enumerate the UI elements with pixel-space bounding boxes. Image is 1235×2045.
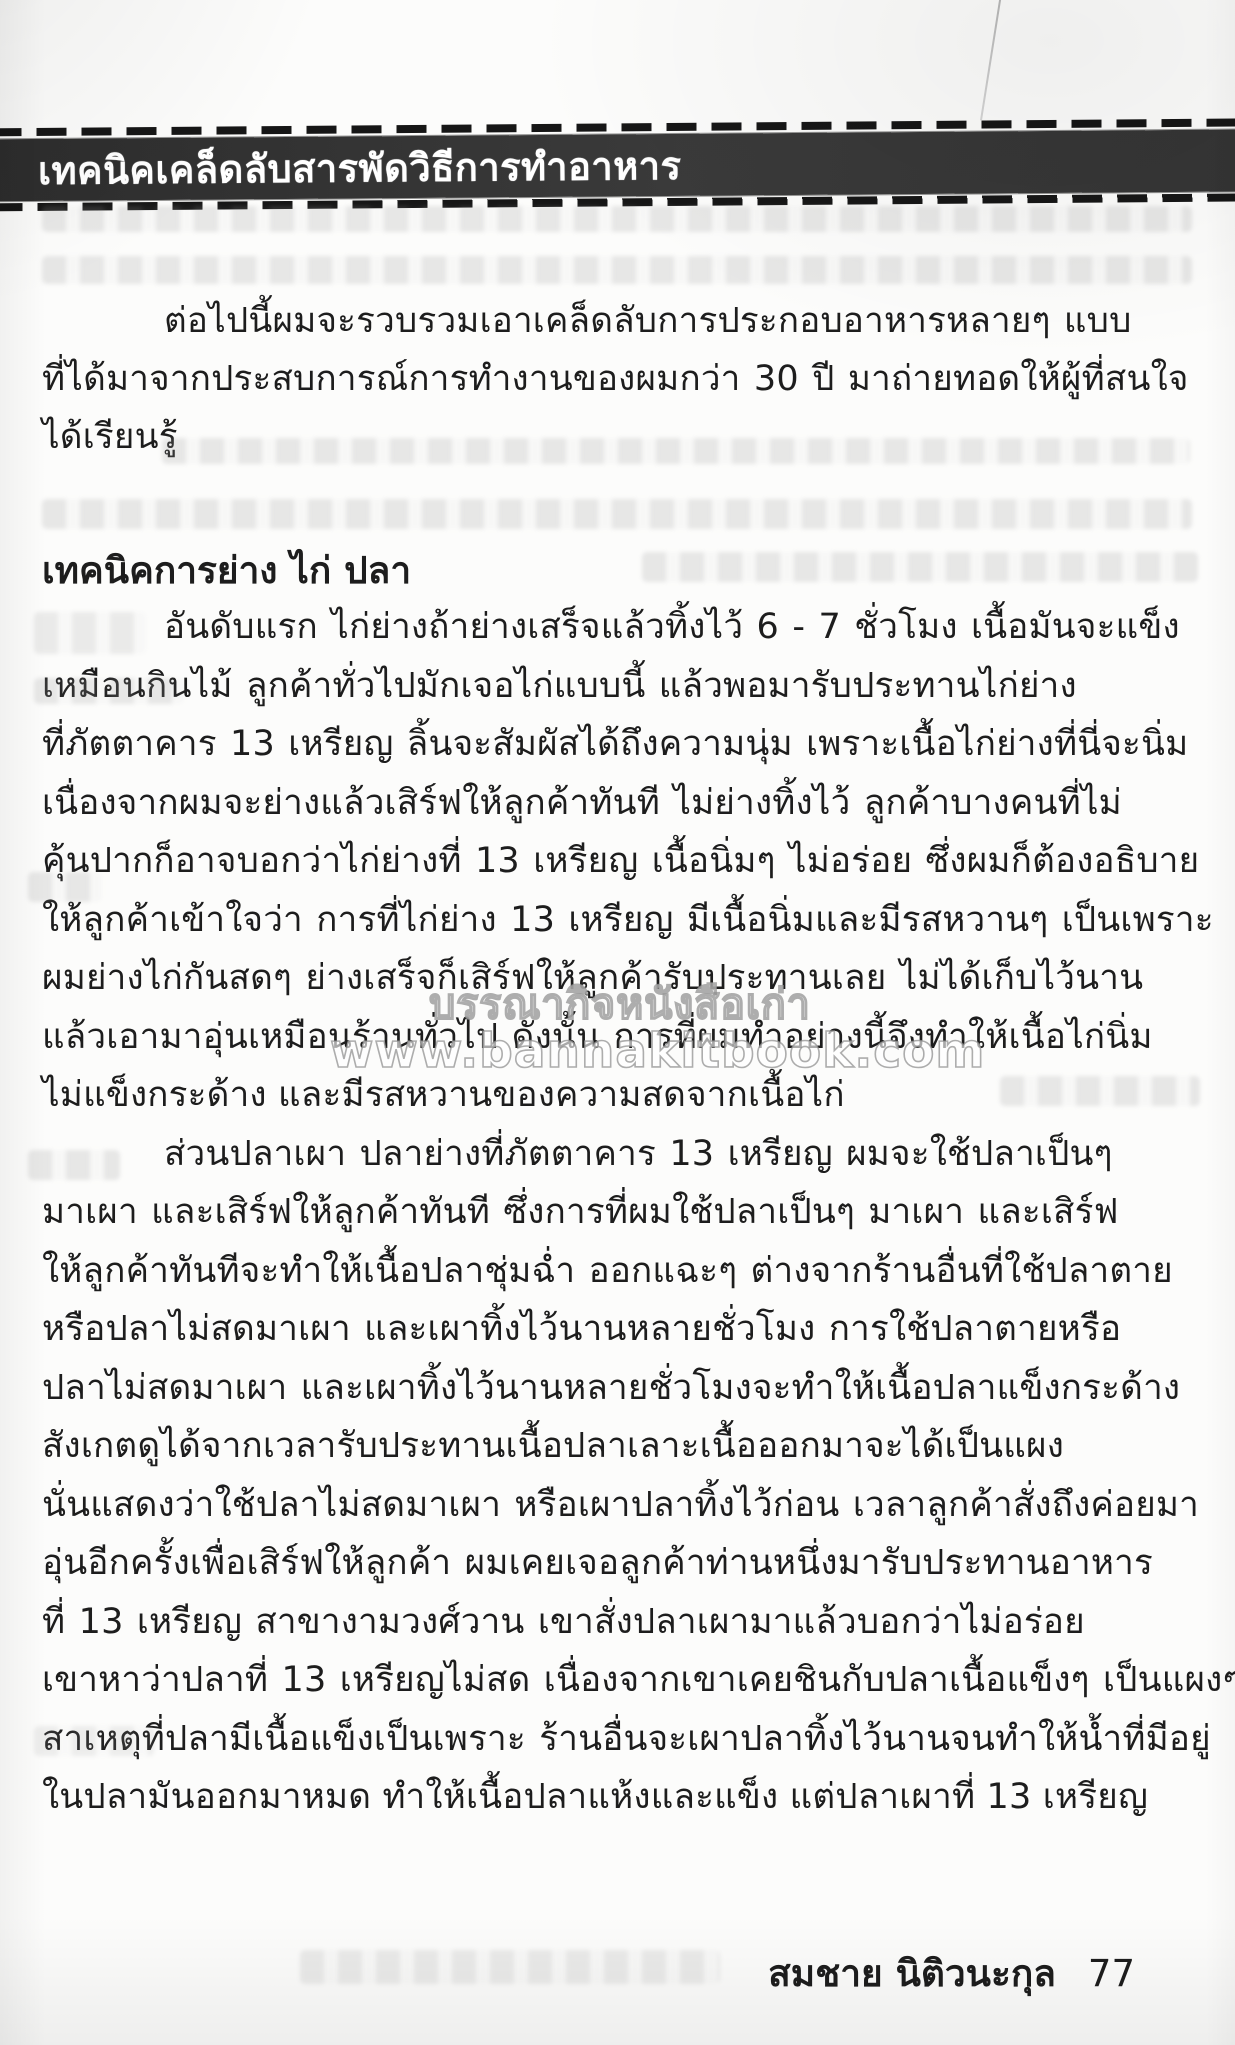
body-line: คุ้นปากก็อาจบอกว่าไก่ย่างที่ 13 เหรียญ เ…: [42, 832, 1196, 891]
body-line: สังเกตดูได้จากเวลารับประทานเนื้อปลาเลาะเ…: [42, 1417, 1196, 1476]
body-line: ให้ลูกค้าเข้าใจว่า การที่ไก่ย่าง 13 เหรี…: [42, 891, 1196, 950]
body-line: ที่ 13 เหรียญ สาขางามวงศ์วาน เขาสั่งปลาเ…: [42, 1593, 1196, 1652]
intro-line: ต่อไปนี้ผมจะรวบรวมเอาเคล็ดลับการประกอบอา…: [42, 292, 1196, 350]
intro-line: ที่ได้มาจากประสบการณ์การทำงานของผมกว่า 3…: [42, 350, 1196, 408]
bleedthrough-mark: [42, 206, 1192, 232]
body-line: อันดับแรก ไก่ย่างถ้าย่างเสร็จแล้วทิ้งไว้…: [42, 598, 1196, 657]
footer-author-name: สมชาย นิติวนะกุล: [768, 1944, 1056, 2003]
body-line: เขาหาว่าปลาที่ 13 เหรียญไม่สด เนื่องจากเ…: [42, 1651, 1196, 1710]
body-line: เหมือนกินไม้ ลูกค้าทั่วไปมักเจอไก่แบบนี้…: [42, 657, 1196, 716]
body-line: ปลาไม่สดมาเผา และเผาทิ้งไว้นานหลายชั่วโม…: [42, 1359, 1196, 1418]
body-line: อุ่นอีกครั้งเพื่อเสิร์ฟให้ลูกค้า ผมเคยเจ…: [42, 1534, 1196, 1593]
section-heading: เทคนิคการย่าง ไก่ ปลา: [42, 541, 411, 601]
body-line: มาเผา และเสิร์ฟให้ลูกค้าทันที ซึ่งการที่…: [42, 1183, 1196, 1242]
bleedthrough-mark: [42, 256, 1192, 284]
bleedthrough-mark: [42, 499, 1192, 529]
body-line: นั่นแสดงว่าใช้ปลาไม่สดมาเผา หรือเผาปลาทิ…: [42, 1476, 1196, 1535]
body-line: แล้วเอามาอุ่นเหมือนร้านทั่วไป ดังนั้น กา…: [42, 1008, 1196, 1067]
header-banner: เทคนิคเคล็ดลับสารพัดวิธีการทำอาหาร: [0, 129, 1235, 201]
footer-page-number: 77: [1088, 1952, 1135, 1995]
body-line: ผมย่างไก่กันสดๆ ย่างเสร็จก็เสิร์ฟให้ลูกค…: [42, 949, 1196, 1008]
scratch-mark: [980, 0, 1002, 121]
body-line: ไม่แข็งกระด้าง และมีรสหวานของความสดจากเน…: [42, 1066, 1196, 1125]
footer: สมชาย นิติวนะกุล 77: [768, 1944, 1135, 2003]
body-line: หรือปลาไม่สดมาเผา และเผาทิ้งไว้นานหลายชั…: [42, 1300, 1196, 1359]
intro-paragraph: ต่อไปนี้ผมจะรวบรวมเอาเคล็ดลับการประกอบอา…: [42, 292, 1196, 466]
body-line: ในปลามันออกมาหมด ทำให้เนื้อปลาแห้งและแข็…: [42, 1768, 1196, 1827]
body-line: สาเหตุที่ปลามีเนื้อแข็งเป็นเพราะ ร้านอื่…: [42, 1710, 1196, 1769]
body-line: ให้ลูกค้าทันทีจะทำให้เนื้อปลาชุ่มฉ่ำ ออก…: [42, 1242, 1196, 1301]
body-line: ที่ภัตตาคาร 13 เหรียญ ลิ้นจะสัมผัสได้ถึง…: [42, 715, 1196, 774]
scanned-book-page: เทคนิคเคล็ดลับสารพัดวิธีการทำอาหาร ต่อไป…: [0, 0, 1235, 2045]
intro-line: ได้เรียนรู้: [42, 408, 1196, 466]
bleedthrough-mark: [642, 552, 1198, 582]
body-line: ส่วนปลาเผา ปลาย่างที่ภัตตาคาร 13 เหรียญ …: [42, 1125, 1196, 1184]
bleedthrough-mark: [300, 1950, 720, 1984]
body-paragraph: อันดับแรก ไก่ย่างถ้าย่างเสร็จแล้วทิ้งไว้…: [42, 598, 1196, 1827]
page-header-title: เทคนิคเคล็ดลับสารพัดวิธีการทำอาหาร: [0, 134, 682, 200]
body-line: เนื่องจากผมจะย่างแล้วเสิร์ฟให้ลูกค้าทันท…: [42, 774, 1196, 833]
